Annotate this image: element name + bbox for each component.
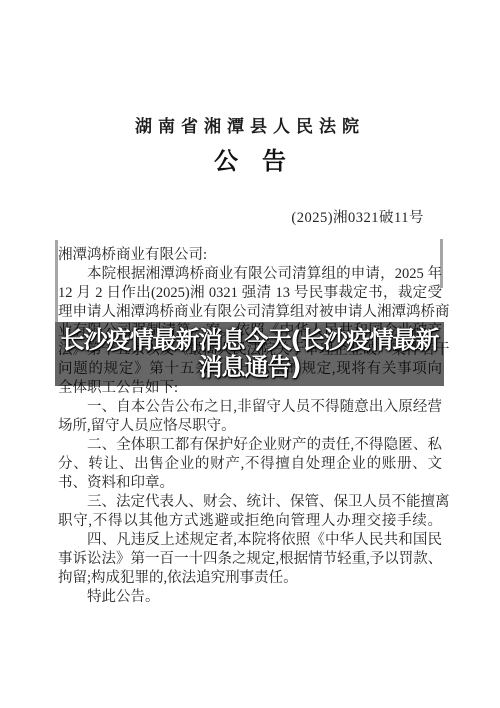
banner-text-line-1: 长沙疫情最新消息今天(长沙疫情最新: [61, 327, 439, 354]
body-line: 特此公告。: [58, 588, 442, 607]
court-announcement-page: 湖南省湘潭县人民法院 公 告 (2025)湘0321破11号 湘潭鸿桥商业有限公…: [0, 0, 500, 708]
body-line: 理申请人湘潭鸿桥商业有限公司清算组对被申请人湘潭鸿桥商: [58, 303, 442, 322]
body-line: 分、转让、出售企业的财产,不得擅自处理企业的账册、文: [58, 455, 442, 474]
watermark-banner: 长沙疫情最新消息今天(长沙疫情最新 消息通告): [55, 322, 444, 386]
body-line: 四、凡违反上述规定者,本院将依照《中华人民共和国民: [58, 531, 442, 550]
body-line: 一、自本公告公布之日,非留守人员不得随意出入原经营: [58, 398, 442, 417]
body-line: 职守,不得以其他方式逃避或拒绝向管理人办理交接手续。: [58, 512, 442, 531]
banner-text-line-2: 消息通告): [199, 354, 301, 381]
body-line: 书、资料和印章。: [58, 474, 442, 493]
body-line: 场所,留守人员应恪尽职守。: [58, 417, 442, 436]
document-body: 湘潭鸿桥商业有限公司: 本院根据湘潭鸿桥商业有限公司清算组的申请，2025 年 …: [58, 246, 442, 607]
body-line: 二、全体职工都有保护好企业财产的责任,不得隐匿、私: [58, 436, 442, 455]
body-line: 湘潭鸿桥商业有限公司:: [58, 246, 442, 265]
body-line: 事诉讼法》第一百一十四条之规定,根据情节轻重,予以罚款、: [58, 550, 442, 569]
body-line: 本院根据湘潭鸿桥商业有限公司清算组的申请，2025 年: [58, 265, 442, 284]
body-line: 12 月 2 日作出(2025)湘 0321 强清 13 号民事裁定书，裁定受: [58, 284, 442, 303]
announcement-title: 公 告: [0, 141, 500, 176]
body-line: 三、法定代表人、财会、统计、保管、保卫人员不能擅离: [58, 493, 442, 512]
body-line: 拘留;构成犯罪的,依法追究刑事责任。: [58, 569, 442, 588]
court-name: 湖南省湘潭县人民法院: [0, 112, 500, 137]
case-number: (2025)湘0321破11号: [0, 206, 500, 227]
